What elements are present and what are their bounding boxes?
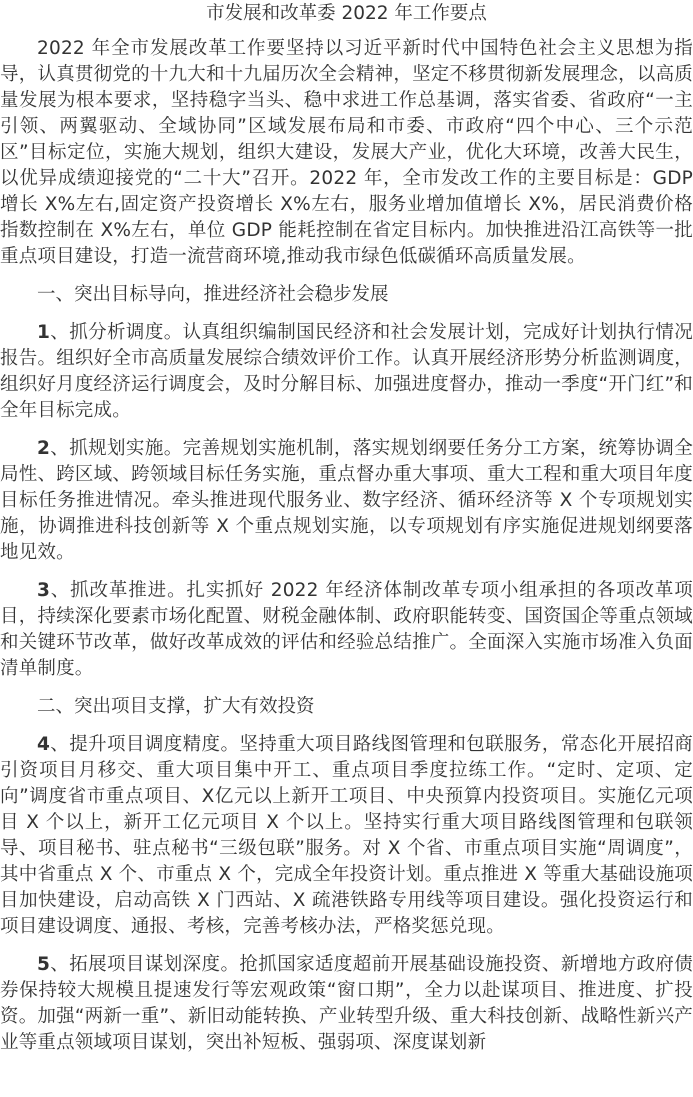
document: 市发展和改革委 2022 年工作要点 2022 年全市发展改革工作要坚持以习近平…: [0, 0, 693, 1056]
section-heading-2: 二、突出项目支撑，扩大有效投资: [0, 694, 693, 720]
section-heading-1: 一、突出目标导向，推进经济社会稳步发展: [0, 282, 693, 308]
list-item-3: 3、抓改革推进。扎实抓好 2022 年经济体制改革专项小组承担的各项改革项目，持…: [0, 578, 693, 682]
document-title: 市发展和改革委 2022 年工作要点: [0, 0, 693, 27]
item-number: 2: [37, 438, 50, 459]
intro-paragraph: 2022 年全市发展改革工作要坚持以习近平新时代中国特色社会主义思想为指导，认真…: [0, 36, 693, 270]
item-text: 、提升项目调度精度。坚持重大项目路线图管理和包联服务，常态化开展招商引资项目月移…: [0, 734, 693, 937]
list-item-4: 4、提升项目调度精度。坚持重大项目路线图管理和包联服务，常态化开展招商引资项目月…: [0, 732, 693, 940]
item-text: 、拓展项目谋划深度。抢抓国家适度超前开展基础设施投资、新增地方政府债券保持较大规…: [0, 954, 693, 1053]
item-text: 、抓分析调度。认真组织编制国民经济和社会发展计划，完成好计划执行情况报告。组织好…: [0, 322, 693, 421]
item-number: 4: [37, 734, 50, 755]
item-number: 3: [37, 580, 50, 601]
item-text: 、抓规划实施。完善规划实施机制，落实规划纲要任务分工方案，统筹协调全局性、跨区域…: [0, 438, 693, 563]
item-text: 、抓改革推进。扎实抓好 2022 年经济体制改革专项小组承担的各项改革项目，持续…: [0, 580, 693, 679]
item-number: 5: [37, 954, 50, 975]
list-item-1: 1、抓分析调度。认真组织编制国民经济和社会发展计划，完成好计划执行情况报告。组织…: [0, 320, 693, 424]
list-item-5: 5、拓展项目谋划深度。抢抓国家适度超前开展基础设施投资、新增地方政府债券保持较大…: [0, 952, 693, 1056]
list-item-2: 2、抓规划实施。完善规划实施机制，落实规划纲要任务分工方案，统筹协调全局性、跨区…: [0, 436, 693, 566]
item-number: 1: [37, 322, 50, 343]
